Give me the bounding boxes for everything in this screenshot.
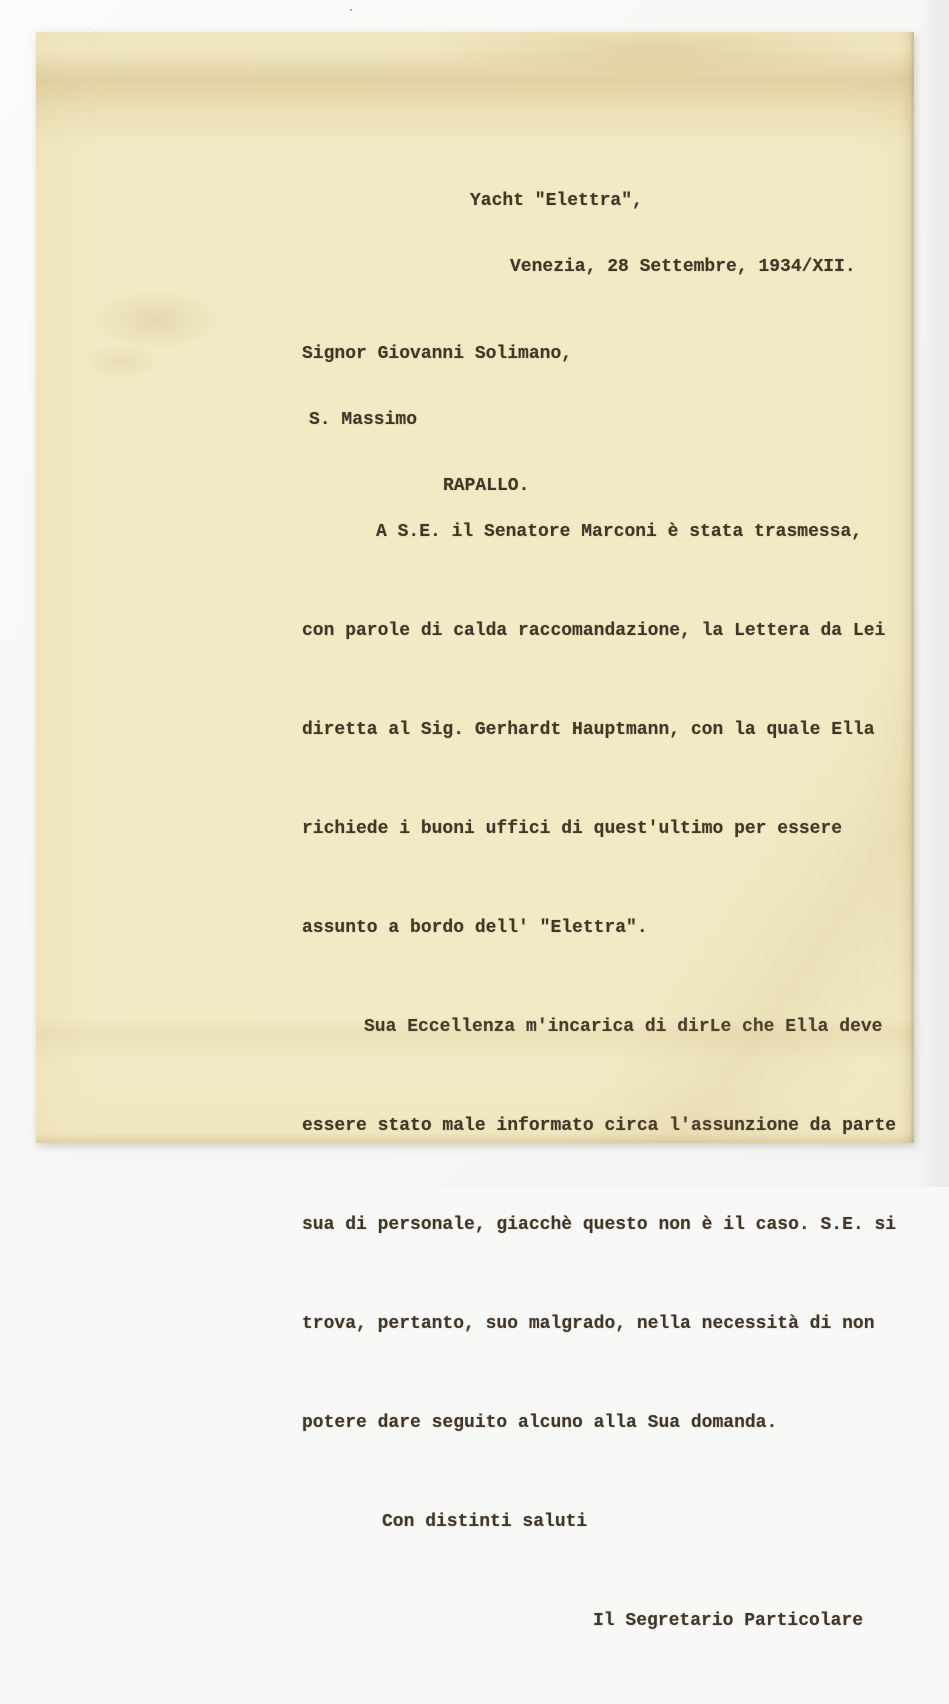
body-line: A S.E. il Senatore Marconi è stata trasm… [302,516,896,549]
body-line: diretta al Sig. Gerhardt Hauptmann, con … [302,714,896,747]
letter-page: Yacht "Elettra", Venezia, 28 Settembre, … [36,32,914,1143]
letter-body: A S.E. il Senatore Marconi è stata trasm… [302,450,896,1187]
letterhead-yacht-line: Yacht "Elettra", [470,190,856,212]
body-line: essere stato male informato circa l'assu… [302,1110,896,1143]
letterhead-date-line: Venezia, 28 Settembre, 1934/XII. [470,256,856,278]
body-line: assunto a bordo dell' "Elettra". [302,912,896,945]
recipient-locality: S. Massimo [302,409,572,431]
scan-dust-specks [0,0,4,4]
body-line: richiede i buoni uffici di quest'ultimo … [302,813,896,846]
body-line: con parole di calda raccomandazione, la … [302,615,896,648]
letterhead: Yacht "Elettra", Venezia, 28 Settembre, … [470,146,856,322]
body-line: Sua Eccellenza m'incarica di dirLe che E… [302,1011,896,1044]
recipient-name: Signor Giovanni Solimano, [302,343,572,365]
